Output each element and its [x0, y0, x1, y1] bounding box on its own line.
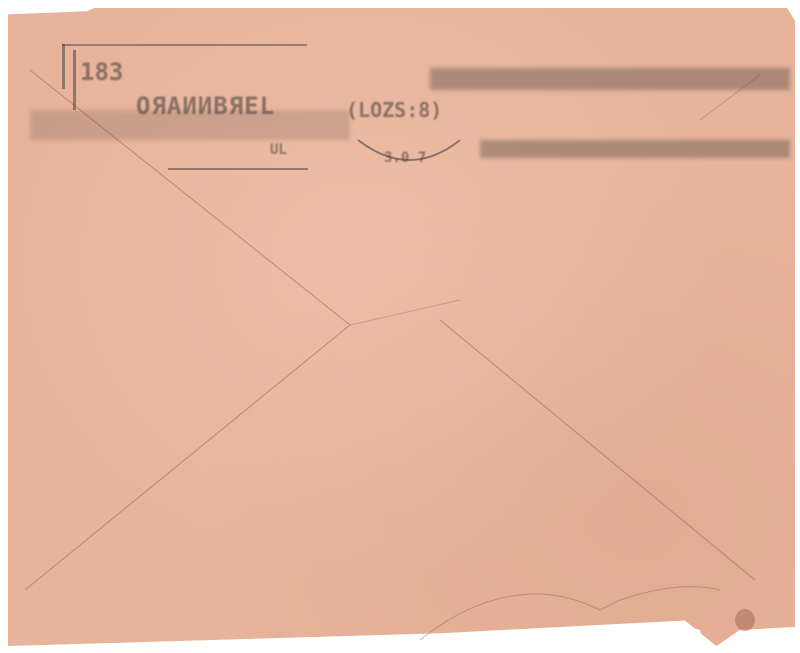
- postmark-fragment-name: OЯAИИBЯEL: [136, 92, 275, 120]
- circular-postmark-inner: (LOZS:8): [346, 98, 442, 122]
- postmark-fragment-183: 183: [80, 58, 123, 86]
- ink-smudge-bottom: [480, 140, 790, 158]
- postmark-fragment-ul: UL: [270, 142, 287, 158]
- ink-smudge-top: [430, 68, 790, 90]
- circular-postmark-date: 3.0 7: [384, 150, 426, 166]
